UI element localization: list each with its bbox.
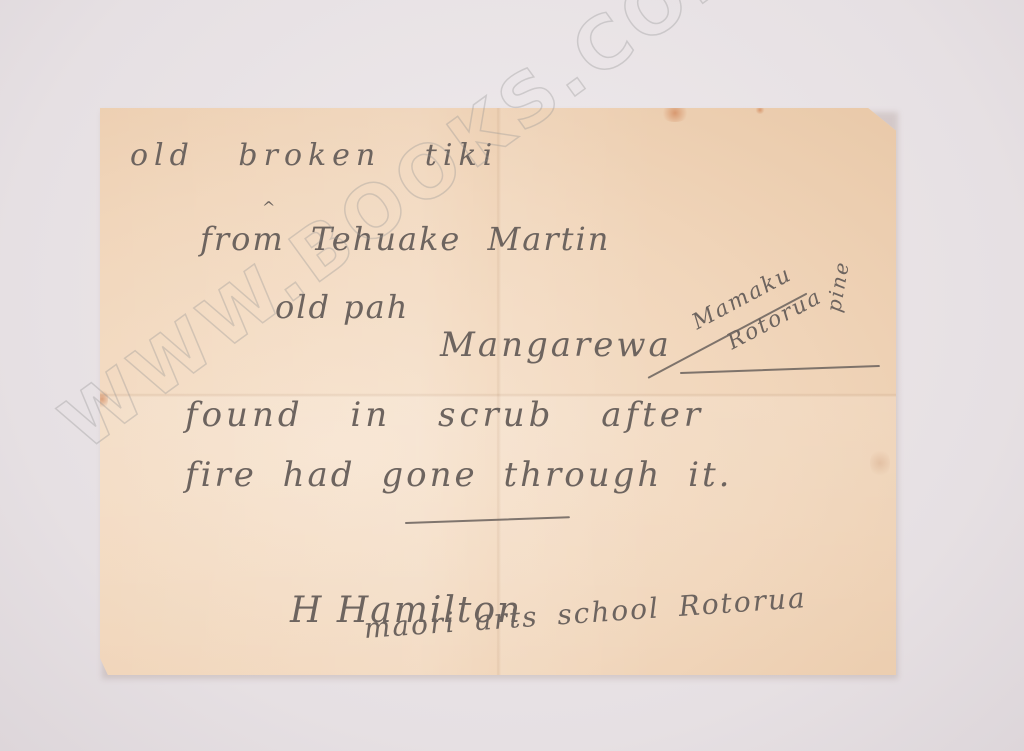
note-line-5: found in scrub after	[185, 395, 704, 435]
rust-stain	[660, 104, 690, 122]
note-line-6: fire had gone through it.	[185, 455, 732, 495]
note-line-2: from Tehuake Martin	[200, 220, 610, 258]
rust-stain	[755, 106, 765, 114]
note-line-4: Mangarewa	[440, 325, 672, 365]
note-line-3: old pah	[275, 288, 409, 326]
rust-stain	[96, 388, 108, 410]
paper-stain	[870, 448, 890, 478]
insertion-caret: ^	[262, 198, 277, 217]
note-line-1: old broken tiki	[130, 138, 498, 173]
